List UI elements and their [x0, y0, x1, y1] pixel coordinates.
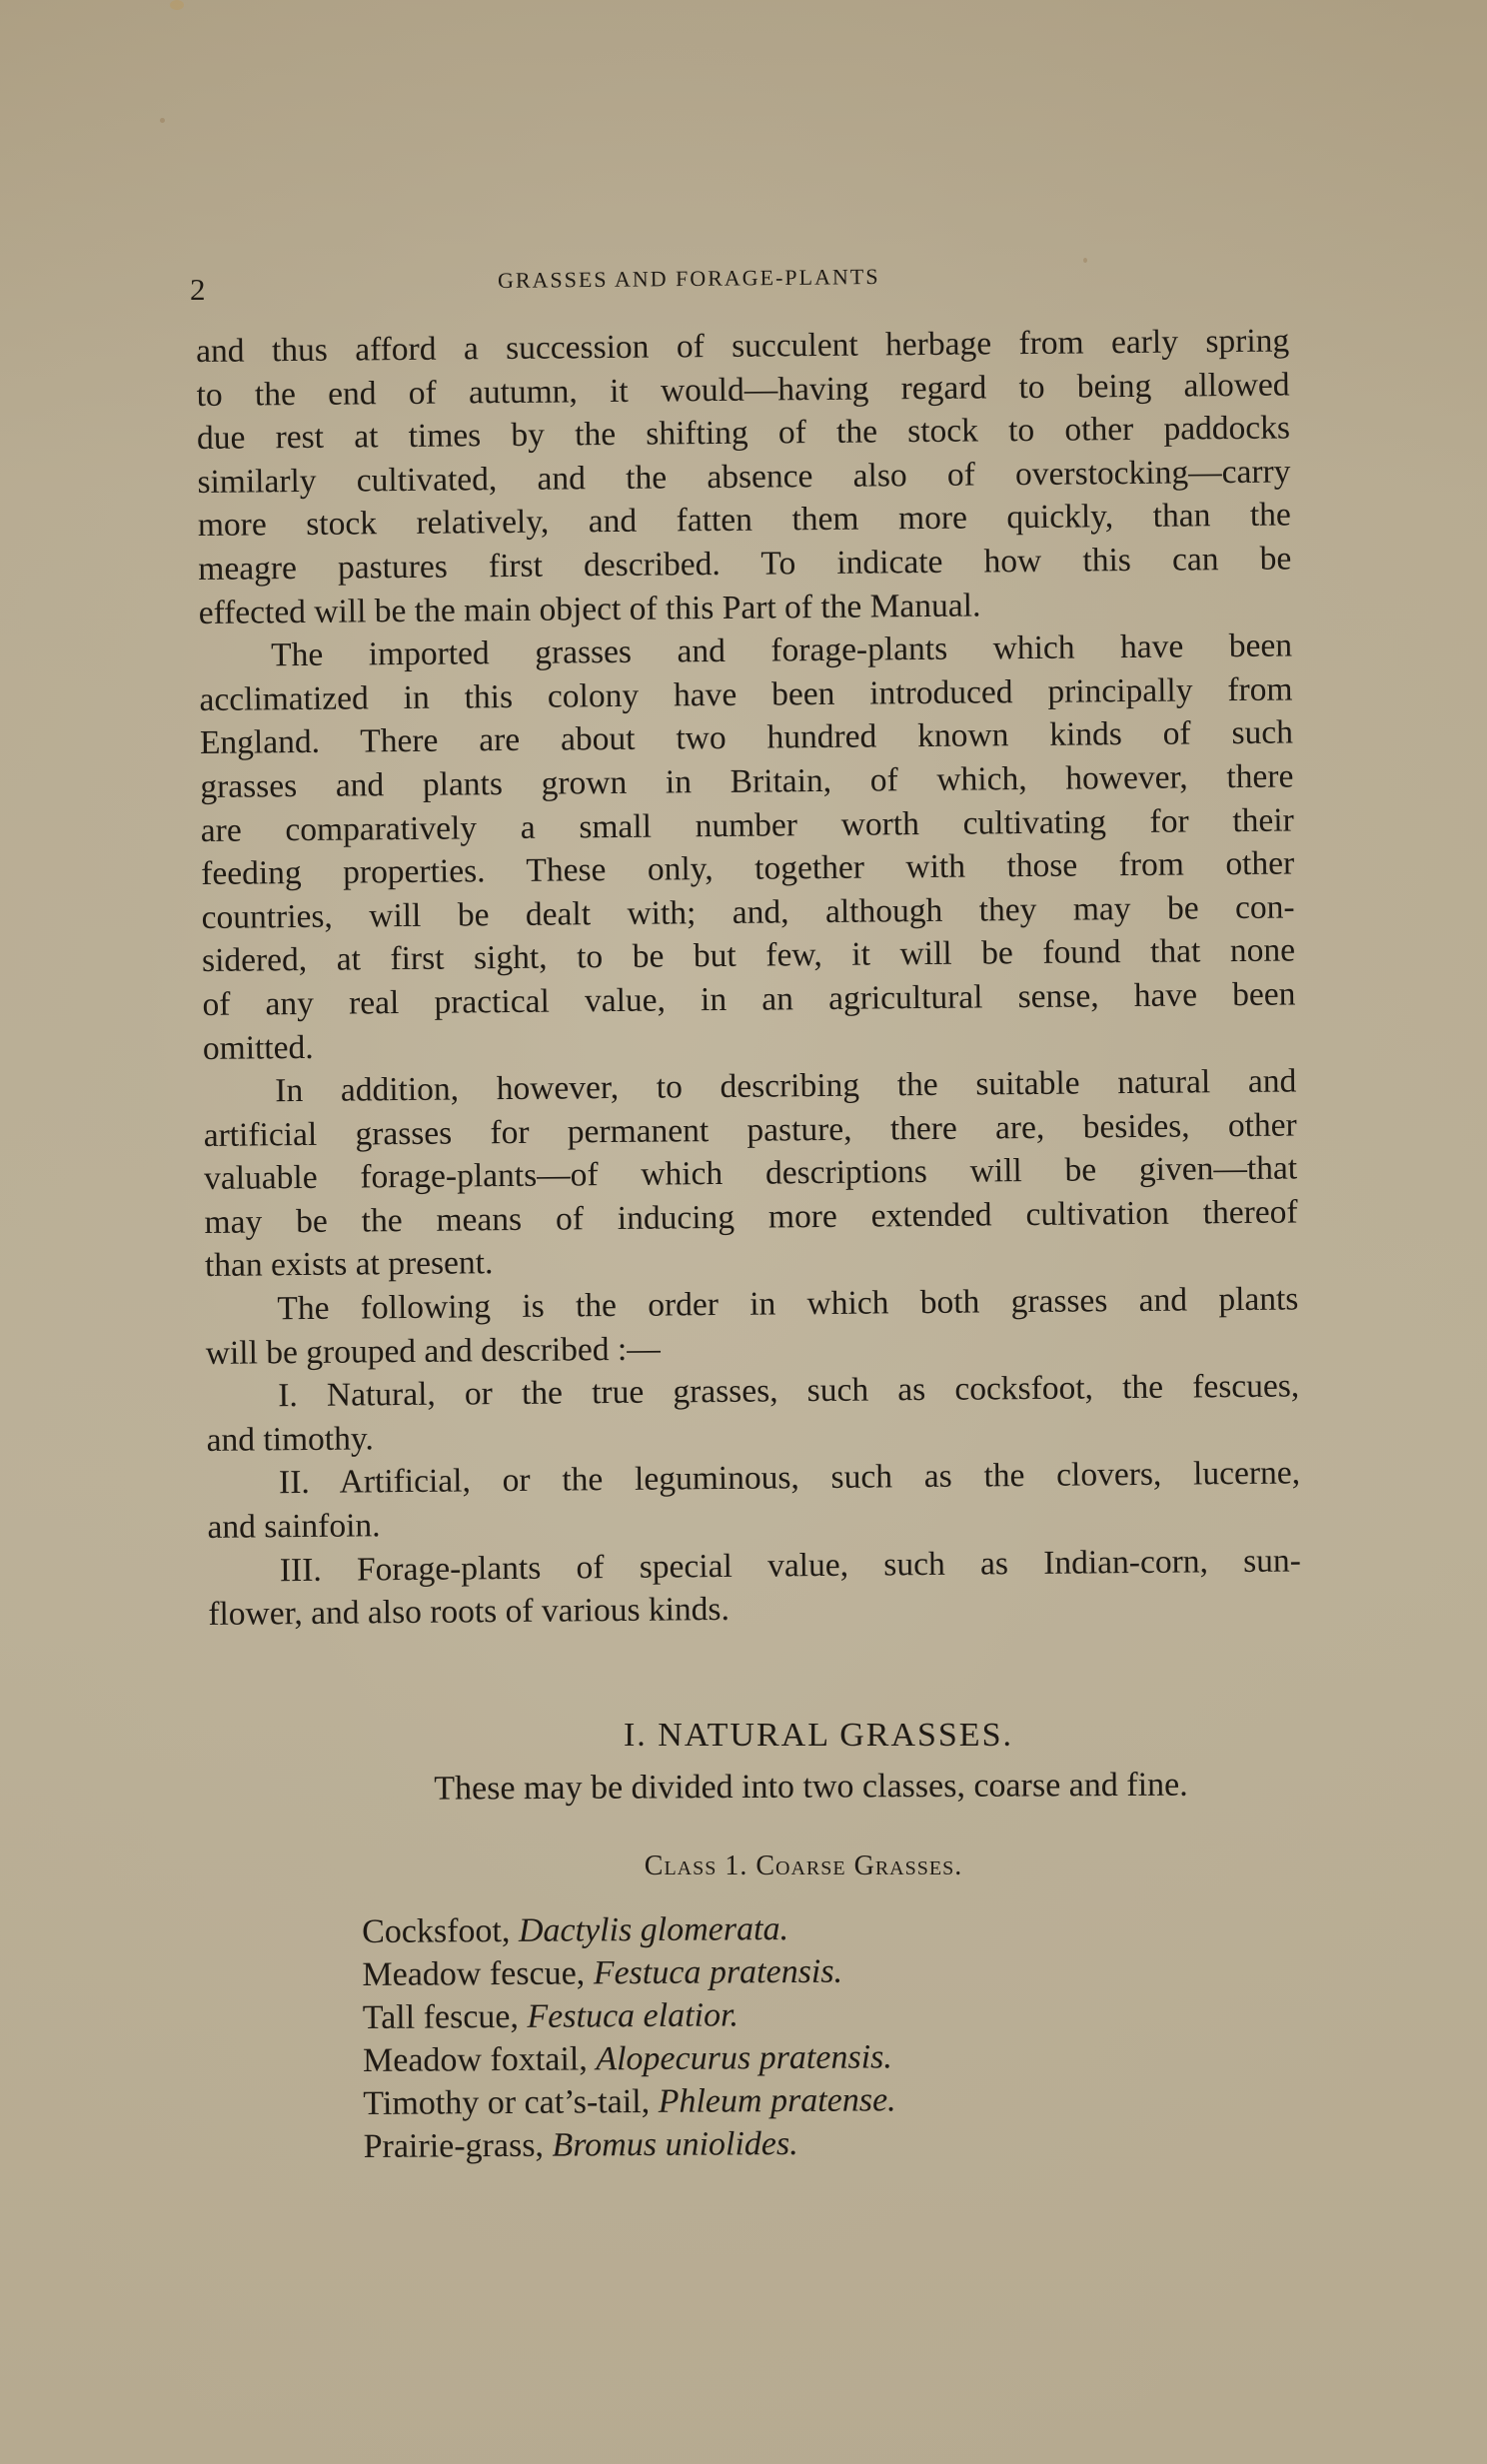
grass-list-item: Tall fescue, Festuca elatior. — [363, 1992, 896, 2039]
paper-spot — [160, 118, 165, 123]
grass-list-item: Timothy or cat’s-tail, Phleum pratense. — [363, 2078, 896, 2125]
running-title: GRASSES AND FORAGE-PLANTS — [498, 264, 880, 294]
latin-name: Festuca elatior. — [527, 1996, 739, 2034]
grass-list-item: Meadow foxtail, Alopecurus pratensis. — [363, 2035, 896, 2082]
group-item-natural: I. Natural, or the true grasses, such as… — [206, 1365, 1300, 1463]
common-name: Tall fescue, — [363, 1998, 528, 2036]
paragraph-2: The imported grasses and forage-plants w… — [199, 624, 1296, 1070]
text-line: flower, and also roots of various kinds. — [208, 1583, 1301, 1637]
grass-list-item: Cocksfoot, Dactylis glomerata. — [362, 1906, 895, 1953]
grass-list-item: Prairie-grass, Bromus uniolides. — [364, 2121, 897, 2168]
latin-name: Bromus uniolides. — [552, 2125, 797, 2164]
body-text: and thus afford a succession of succulen… — [196, 319, 1302, 1636]
grass-list-item: Meadow fescue, Festuca pratensis. — [362, 1949, 895, 1996]
paper-spot — [170, 0, 184, 10]
paragraph-3: In addition, however, to describing the … — [203, 1060, 1298, 1288]
group-item-artificial: II. Artificial, or the leguminous, such … — [207, 1452, 1301, 1550]
book-page: 2 GRASSES AND FORAGE-PLANTS and thus aff… — [0, 0, 1487, 2464]
common-name: Cocksfoot, — [362, 1912, 519, 1950]
section-heading: I. NATURAL GRASSES. — [0, 1717, 1487, 1755]
class-heading: Class 1. Coarse Grasses. — [0, 1850, 1487, 1882]
common-name: Meadow fescue, — [362, 1954, 594, 1993]
latin-name: Festuca pratensis. — [594, 1953, 843, 1992]
common-name: Prairie-grass, — [364, 2127, 553, 2165]
common-name: Meadow foxtail, — [363, 2040, 596, 2079]
latin-name: Dactylis glomerata. — [519, 1910, 788, 1949]
common-name: Timothy or cat’s-tail, — [363, 2083, 659, 2122]
paragraph-4: The following is the order in which both… — [205, 1278, 1299, 1376]
running-head: 2 GRASSES AND FORAGE-PLANTS — [190, 268, 1289, 308]
section-intro: These may be divided into two classes, c… — [0, 1765, 1487, 1811]
paragraph-1: and thus afford a succession of succulen… — [196, 319, 1292, 634]
latin-name: Alopecurus pratensis. — [596, 2038, 892, 2077]
group-item-forage-plants: III. Forage-plants of special value, suc… — [208, 1539, 1302, 1637]
grass-list: Cocksfoot, Dactylis glomerata. Meadow fe… — [362, 1906, 896, 2168]
page-number: 2 — [190, 272, 206, 308]
paper-spot — [1083, 258, 1087, 263]
latin-name: Phleum pratense. — [659, 2081, 896, 2120]
